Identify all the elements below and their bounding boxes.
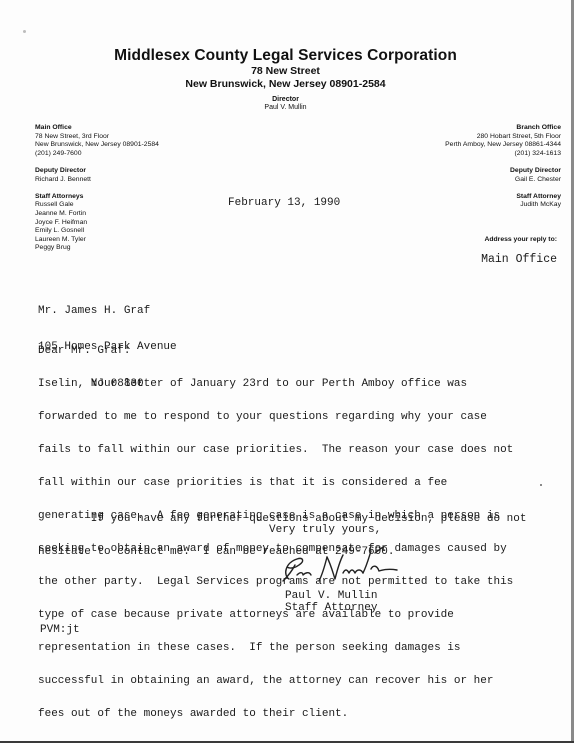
deputy-director-title: Deputy Director (445, 167, 561, 176)
organization-name: Middlesex County Legal Services Corporat… (0, 47, 571, 65)
signer-block: Paul V. Mullin Staff Attorney (285, 590, 377, 614)
reply-to-value: Main Office (481, 253, 557, 266)
staff-attorney-title: Staff Attorney (445, 193, 561, 202)
staff-attorney-name: Russell Gale (35, 201, 159, 210)
main-office-title: Main Office (35, 124, 159, 133)
deputy-director-title: Deputy Director (35, 167, 159, 176)
branch-office-phone: (201) 324-1613 (445, 150, 561, 159)
letter-date: February 13, 1990 (228, 197, 340, 209)
letterhead-city: New Brunswick, New Jersey 08901-2584 (0, 78, 571, 90)
closing: Very truly yours, (269, 524, 381, 536)
handwritten-signature (275, 545, 405, 587)
branch-office-line: 280 Hobart Street, 5th Floor (445, 133, 561, 142)
deputy-director-name: Richard J. Bennett (35, 176, 159, 185)
body-line: Your letter of January 23rd to our Perth… (38, 379, 513, 390)
signer-title: Staff Attorney (285, 602, 377, 614)
staff-attorney-name: Peggy Brug (35, 244, 159, 253)
scan-speck (23, 30, 26, 33)
left-deputy-block: Deputy Director Richard J. Bennett (35, 167, 159, 184)
reply-to-label: Address your reply to: (484, 236, 557, 243)
right-attorney-block: Staff Attorney Judith McKay (445, 193, 561, 210)
body-line: fails to fall within our case priorities… (38, 445, 513, 456)
body-line: successful in obtaining an award, the at… (38, 676, 513, 687)
staff-attorneys-block: Staff Attorneys Russell Gale Jeanne M. F… (35, 193, 159, 253)
letterhead-street: 78 New Street (0, 65, 571, 77)
right-staff-column: Branch Office 280 Hobart Street, 5th Flo… (445, 124, 561, 219)
staff-attorney-name: Judith McKay (445, 201, 561, 210)
body-line: type of case because private attorneys a… (38, 610, 513, 621)
staff-attorney-name: Emily L. Gosnell (35, 227, 159, 236)
typist-initials: PVM:jt (40, 624, 80, 636)
staff-attorney-name: Joyce F. Heifman (35, 219, 159, 228)
scan-speck (148, 645, 150, 647)
main-office-block: Main Office 78 New Street, 3rd Floor New… (35, 124, 159, 158)
body-line: fees out of the moneys awarded to their … (38, 709, 513, 720)
signer-name: Paul V. Mullin (285, 590, 377, 602)
deputy-director-name: Gail E. Chester (445, 176, 561, 185)
letter-page: Middlesex County Legal Services Corporat… (0, 0, 571, 741)
branch-office-title: Branch Office (445, 124, 561, 133)
staff-attorney-name: Laureen M. Tyler (35, 236, 159, 245)
branch-office-block: Branch Office 280 Hobart Street, 5th Flo… (445, 124, 561, 158)
director-title: Director (0, 96, 571, 103)
recipient-name: Mr. James H. Graf (38, 305, 177, 317)
left-staff-column: Main Office 78 New Street, 3rd Floor New… (35, 124, 159, 262)
main-office-phone: (201) 249-7600 (35, 150, 159, 159)
body-line: fall within our case priorities is that … (38, 478, 513, 489)
scan-speck (540, 484, 542, 486)
staff-attorney-name: Jeanne M. Fortin (35, 210, 159, 219)
director-name: Paul V. Mullin (0, 104, 571, 111)
staff-attorneys-title: Staff Attorneys (35, 193, 159, 202)
main-office-line: New Brunswick, New Jersey 08901-2584 (35, 141, 159, 150)
body-line: representation in these cases. If the pe… (38, 643, 513, 654)
main-office-line: 78 New Street, 3rd Floor (35, 133, 159, 142)
salutation: Dear Mr. Graf: (38, 345, 130, 357)
right-deputy-block: Deputy Director Gail E. Chester (445, 167, 561, 184)
branch-office-line: Perth Amboy, New Jersey 08861-4344 (445, 141, 561, 150)
body-line: forwarded to me to respond to your quest… (38, 412, 513, 423)
